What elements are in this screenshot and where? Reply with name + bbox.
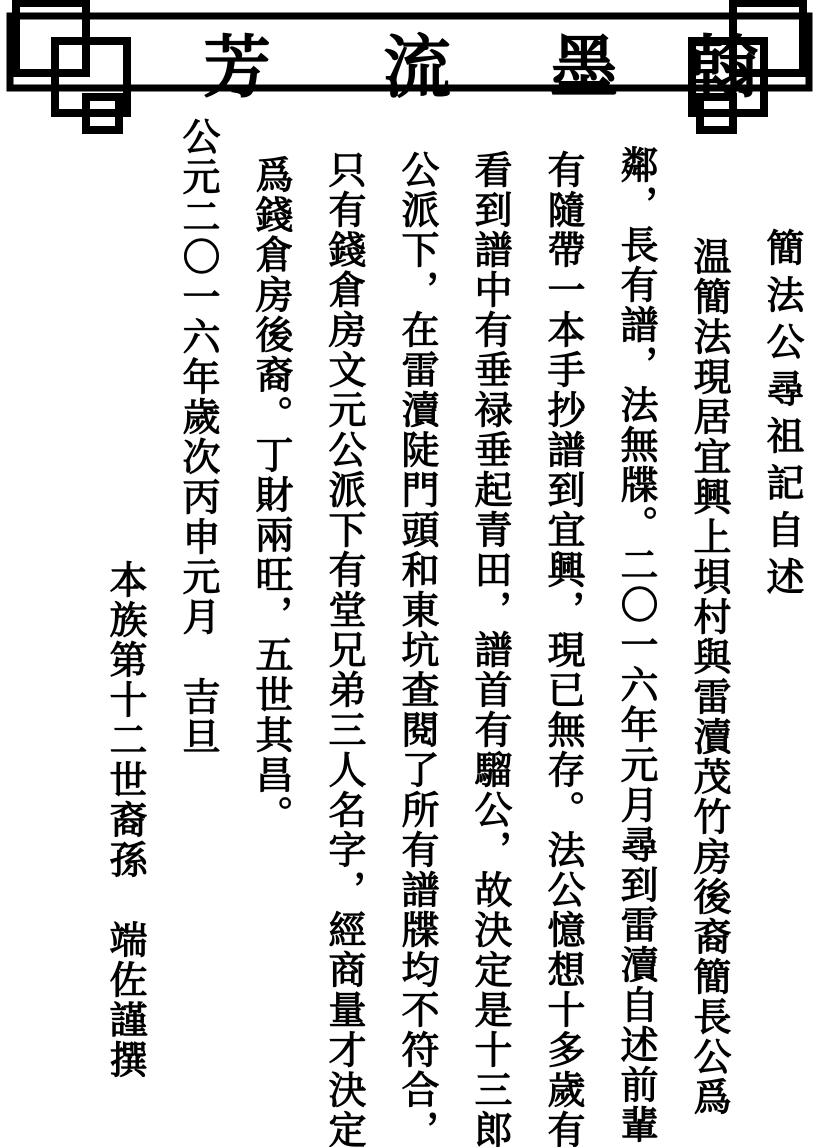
text-column-6: 只有錢倉房文元公派下有堂兄弟三人名字，經商量才決定 — [306, 117, 379, 1147]
text-column-7: 爲錢倉房後裔。丁財兩旺，五世其昌。 — [233, 117, 306, 1147]
article-title: 簡法公尋祖記自述 — [744, 117, 817, 1147]
date-line: 公元二〇一六年歲次丙申元月 吉旦 — [160, 117, 233, 1147]
signature-line: 本族第十二世裔孫 端佐謹撰 — [87, 117, 160, 1147]
text-column-1: 温簡法現居宜興上垻村與雷瀆茂竹房後裔簡長公爲 — [671, 117, 744, 1147]
banner-char-liu: 流 — [383, 14, 451, 111]
text-column-4: 看到譜中有垂禄垂起青田，譜首有騮公，故決定是十三郎 — [452, 117, 525, 1147]
text-column-5: 公派下，在雷瀆陡門頭和東坑查閱了所有譜牒均不符合， — [379, 117, 452, 1147]
banner-char-fang: 芳 — [203, 14, 271, 111]
genealogy-document-page: 芳 流 墨 翰 簡法公尋祖記自述 温簡法現居宜興上垻村與雷瀆茂竹房後裔簡長公爲 … — [0, 0, 819, 1147]
banner-char-han: 翰 — [690, 14, 758, 111]
text-column-3: 有隨帶一本手抄譜到宜興，現已無存。法公憶想十多歲有 — [525, 117, 598, 1147]
text-column-2: 鄰，長有譜，法無牒。二〇一六年元月尋到雷瀆自述前輩 — [598, 117, 671, 1147]
banner-char-mo: 墨 — [550, 14, 618, 111]
fret-ornament-left-icon — [16, 3, 127, 130]
article-body: 簡法公尋祖記自述 温簡法現居宜興上垻村與雷瀆茂竹房後裔簡長公爲 鄰，長有譜，法無… — [87, 117, 817, 1147]
